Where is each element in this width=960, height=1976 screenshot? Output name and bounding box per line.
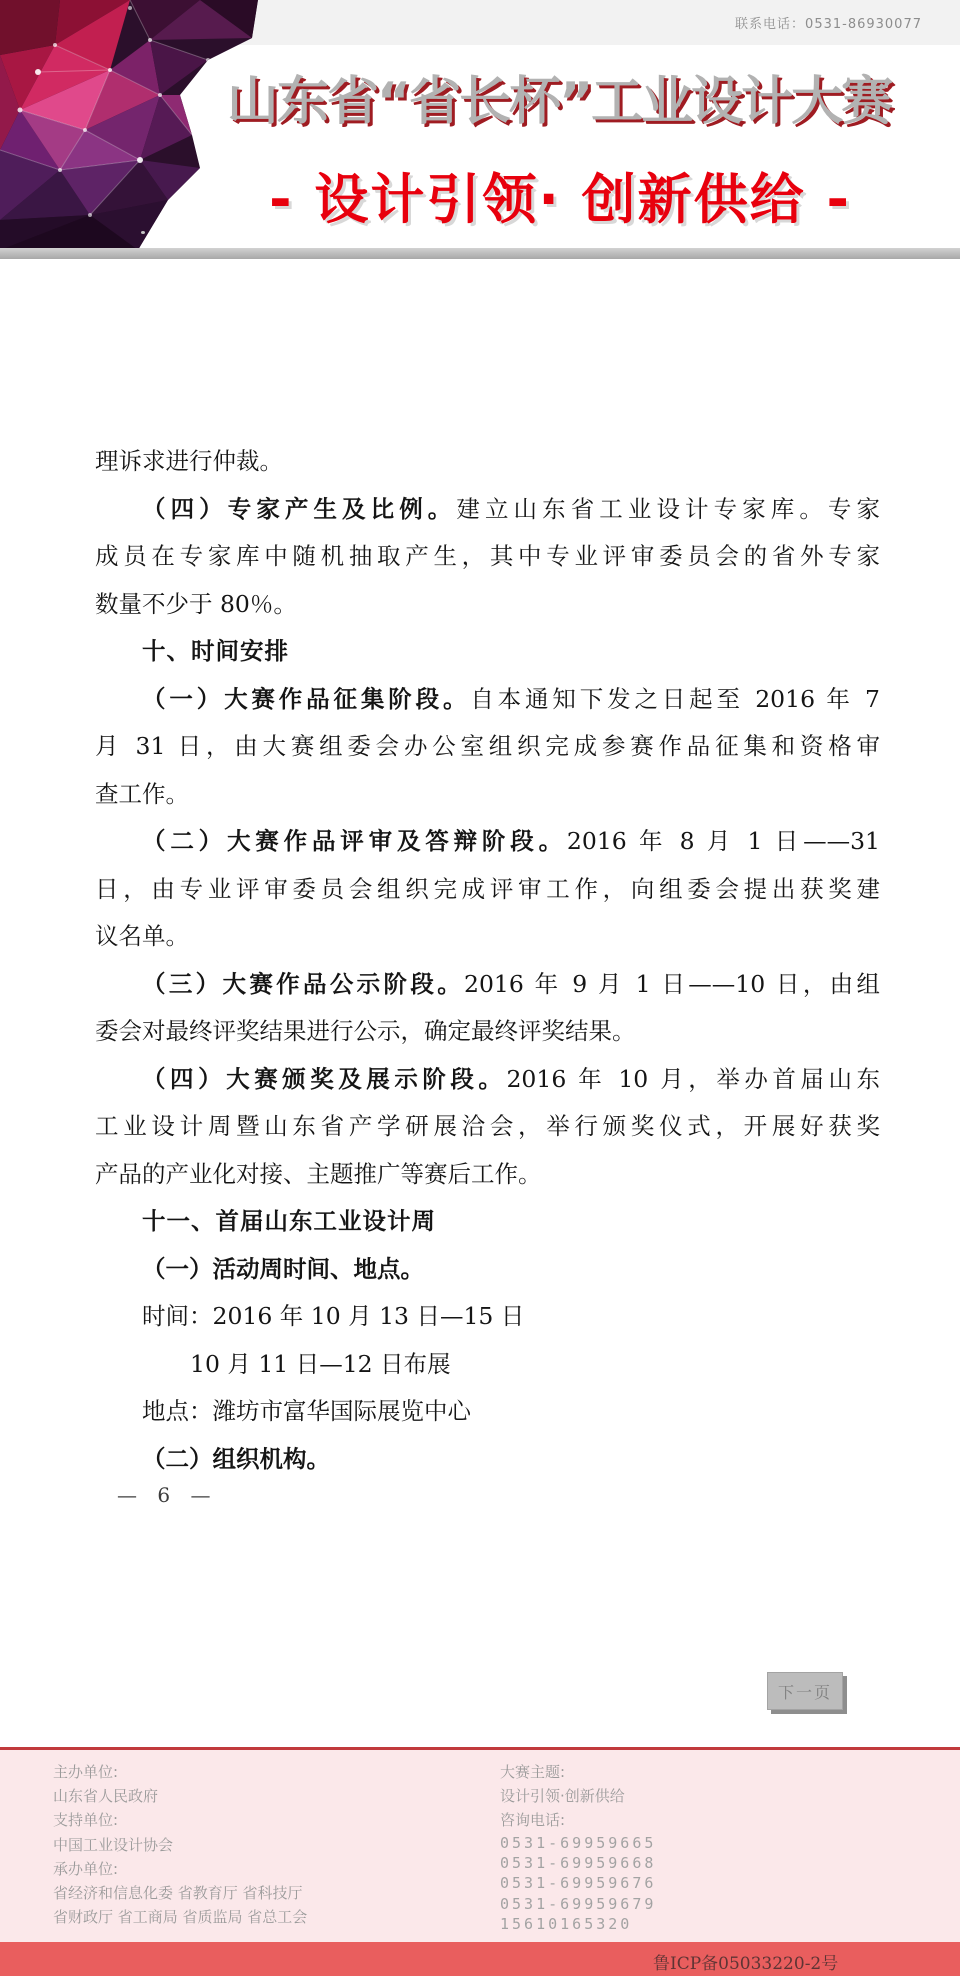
document-line: 产品的产业化对接、主题推广等赛后工作。 [95,1151,880,1199]
footer-organizers-column: 主办单位:山东省人民政府支持单位:中国工业设计协会承办单位:省经济和信息化委 省… [53,1760,307,1929]
icp-bar: 鲁ICP备05033220-2号 [0,1942,960,1976]
footer-phone-number: 0531-69959676 [500,1873,656,1893]
footer-line: 山东省人民政府 [53,1784,307,1808]
document-line: 成员在专家库中随机抽取产生，其中专业评审委员会的省外专家 [95,533,880,581]
line-text: 月 31 日，由大赛组委会办公室组织完成参赛作品征集和资格审 [95,732,880,760]
document-line: 委会对最终评奖结果进行公示，确定最终评奖结果。 [95,1008,880,1056]
footer-line: 设计引领·创新供给 [500,1784,656,1808]
footer-line: 省经济和信息化委 省教育厅 省科技厅 [53,1881,307,1905]
line-text: 地点：潍坊市富华国际展览中心 [142,1397,471,1425]
banner-title: 山东省“省长杯”工业设计大赛 [198,72,920,132]
document-line: （一）活动周时间、地点。 [95,1246,880,1294]
document-line: 工业设计周暨山东省产学研展洽会，举行颁奖仪式，开展好获奖 [95,1103,880,1151]
footer-line: 主办单位: [53,1760,307,1784]
line-text: 理诉求进行仲裁。 [95,447,283,475]
footer-line: 承办单位: [53,1857,307,1881]
line-text: 日，由专业评审委员会组织完成评审工作，向组委会提出获奖建 [95,875,880,903]
footer-phone-list: 0531-699596650531-699596680531-699596760… [500,1833,656,1935]
line-lead: （一）活动周时间、地点。 [142,1255,424,1283]
header-banner: 山东省“省长杯”工业设计大赛 - 设计引领· 创新供给 - [0,0,960,248]
document-line: （二）组织机构。 [95,1436,880,1484]
line-lead: （二）大赛作品评审及答辩阶段。 [142,827,567,855]
line-lead: 十一、首届山东工业设计周 [142,1207,436,1235]
document-body: 理诉求进行仲裁。（四）专家产生及比例。建立山东省工业设计专家库。专家成员在专家库… [95,438,880,1483]
document-line: 十、时间安排 [95,628,880,676]
document-line: 理诉求进行仲裁。 [95,438,880,486]
line-text: 建立山东省工业设计专家库。专家 [456,495,880,523]
document-line: （四）大赛颁奖及展示阶段。2016 年 10 月，举办首届山东 [95,1056,880,1104]
footer-phone-number: 15610165320 [500,1914,656,1934]
footer-line: 省财政厅 省工商局 省质监局 省总工会 [53,1905,307,1929]
footer-line: 支持单位: [53,1808,307,1832]
line-text: 自本通知下发之日起至 2016 年 7 [470,685,880,713]
footer-line: 大赛主题: [500,1760,656,1784]
line-lead: （四）专家产生及比例。 [142,495,456,523]
line-lead: （三）大赛作品公示阶段。 [142,970,464,998]
document-line: （二）大赛作品评审及答辩阶段。2016 年 8 月 1 日——31 [95,818,880,866]
footer-line: 中国工业设计协会 [53,1833,307,1857]
line-text: 10 月 11 日—12 日布展 [190,1350,451,1378]
document-line: 十一、首届山东工业设计周 [95,1198,880,1246]
document-line: （一）大赛作品征集阶段。自本通知下发之日起至 2016 年 7 [95,676,880,724]
line-text: 产品的产业化对接、主题推广等赛后工作。 [95,1160,542,1188]
document-line: 日，由专业评审委员会组织完成评审工作，向组委会提出获奖建 [95,866,880,914]
line-lead: （四）大赛颁奖及展示阶段。 [142,1065,506,1093]
line-text: 委会对最终评奖结果进行公示，确定最终评奖结果。 [95,1017,636,1045]
line-text: 2016 年 10 月，举办首届山东 [506,1065,880,1093]
footer-theme-column: 大赛主题:设计引领·创新供给咨询电话: 0531-699596650531-69… [500,1760,656,1935]
line-text: 2016 年 8 月 1 日——31 [567,827,880,855]
page-number: — 6 — [117,1483,217,1507]
document-line: （三）大赛作品公示阶段。2016 年 9 月 1 日——10 日，由组 [95,961,880,1009]
document-line: 时间：2016 年 10 月 13 日—15 日 [95,1293,880,1341]
document-line: 议名单。 [95,913,880,961]
document-line: 月 31 日，由大赛组委会办公室组织完成参赛作品征集和资格审 [95,723,880,771]
artifact-dot [141,231,145,234]
line-lead: （二）组织机构。 [142,1445,330,1473]
line-text: 时间：2016 年 10 月 13 日—15 日 [142,1302,524,1330]
icp-number: 鲁ICP备05033220-2号 [653,1949,838,1974]
document-line: （四）专家产生及比例。建立山东省工业设计专家库。专家 [95,486,880,534]
page: 联系电话：0531-86930077 [0,0,960,1976]
header-divider [0,248,960,259]
line-lead: （一）大赛作品征集阶段。 [142,685,470,713]
line-text: 成员在专家库中随机抽取产生，其中专业评审委员会的省外专家 [95,542,880,570]
line-text: 数量不少于 80％。 [95,590,297,618]
next-page-button[interactable]: 下一页 [767,1672,843,1710]
footer-phone-number: 0531-69959668 [500,1853,656,1873]
line-text: 工业设计周暨山东省产学研展洽会，举行颁奖仪式，开展好获奖 [95,1112,880,1140]
footer-phone-number: 0531-69959665 [500,1833,656,1853]
footer-phone-number: 0531-69959679 [500,1894,656,1914]
banner-subtitle: - 设计引领· 创新供给 - [240,164,880,236]
footer: 主办单位:山东省人民政府支持单位:中国工业设计协会承办单位:省经济和信息化委 省… [0,1747,960,1942]
line-text: 查工作。 [95,780,189,808]
line-lead: 十、时间安排 [142,637,289,665]
line-text: 2016 年 9 月 1 日——10 日，由组 [464,970,880,998]
document-line: 地点：潍坊市富华国际展览中心 [95,1388,880,1436]
document-line: 数量不少于 80％。 [95,581,880,629]
footer-line: 咨询电话: [500,1808,656,1832]
document-line: 查工作。 [95,771,880,819]
footer-theme-lines: 大赛主题:设计引领·创新供给咨询电话: [500,1760,656,1833]
line-text: 议名单。 [95,922,189,950]
document-line: 10 月 11 日—12 日布展 [95,1341,880,1389]
